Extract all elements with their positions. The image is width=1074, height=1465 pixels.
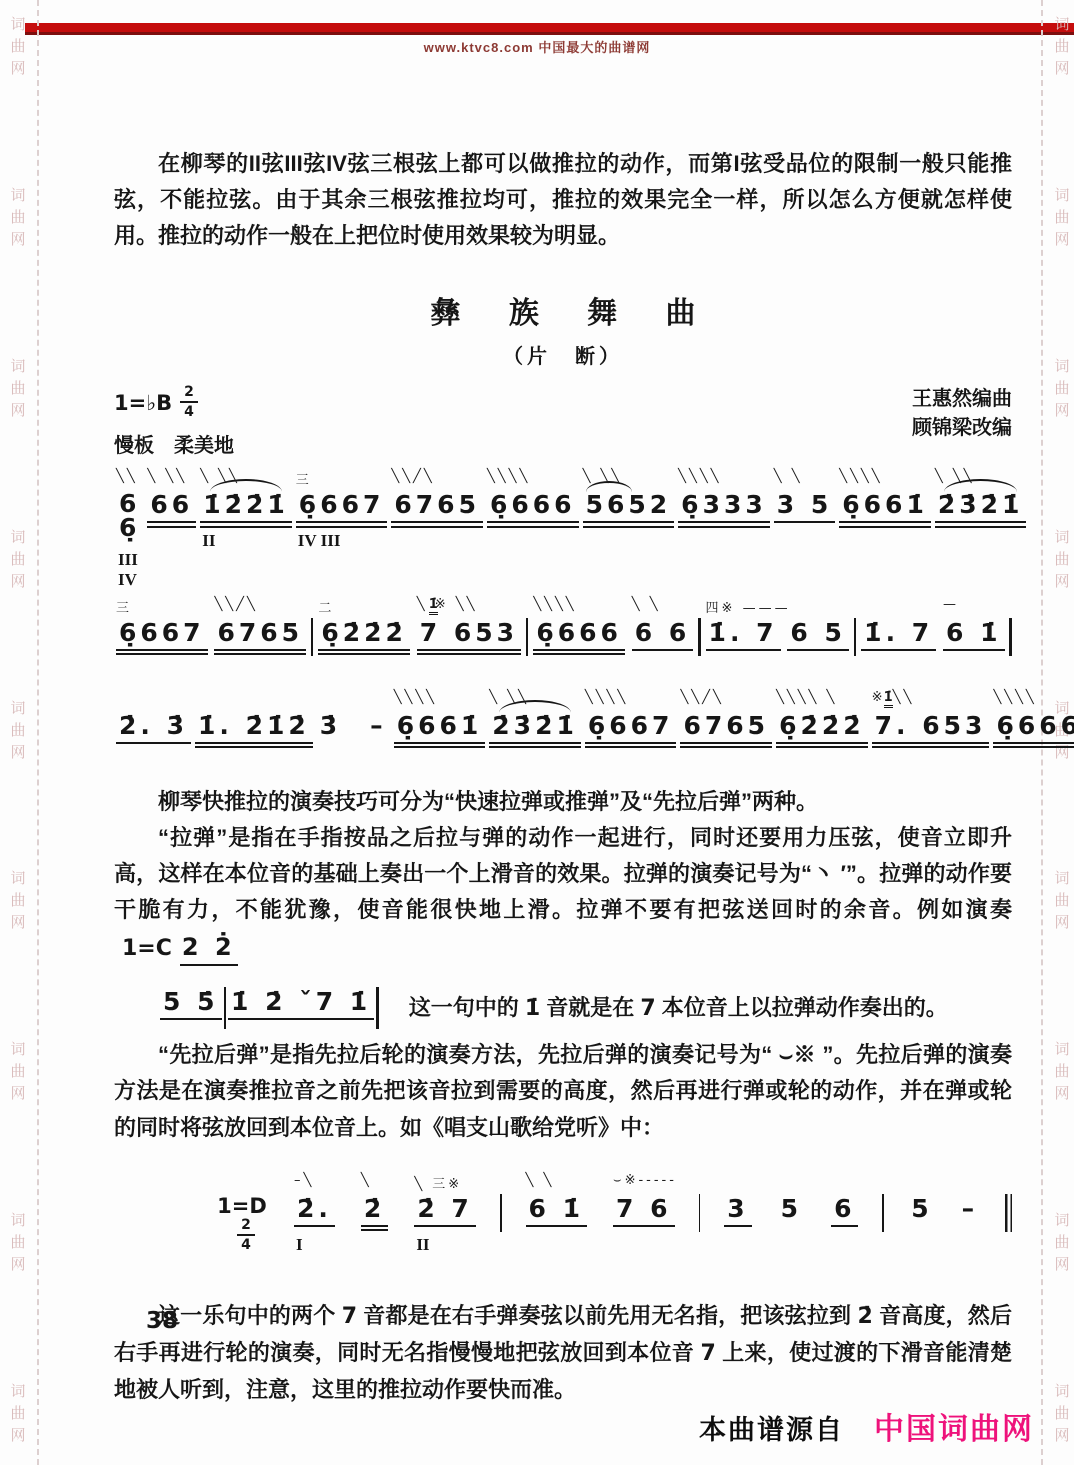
page-number: 38	[146, 1308, 178, 1334]
tremolo-marks: ╲ ╲╲	[200, 469, 240, 484]
time-top: 2	[237, 1218, 255, 1236]
tremolo-marks: ╲ ╲╲	[489, 690, 529, 705]
key-text: 1=D	[217, 1194, 267, 1218]
note-group: 6	[829, 1170, 860, 1233]
key-and-tempo: 1=♭B24 慢板 柔美地	[114, 385, 234, 458]
page-content: 在柳琴的II弦III弦IV弦三根弦上都可以做推拉的动作，而第I弦受品位的限制一般…	[114, 146, 1012, 1408]
note-group: ╲╲╲╲6̣666	[485, 466, 581, 529]
note-group: 三6̣667IV III	[294, 466, 390, 529]
note-group: 四※ ———1̇. 7	[704, 594, 783, 657]
inline-note: 7	[342, 1304, 357, 1329]
inline-note: 7	[701, 1341, 716, 1366]
caption-text: 音就是在	[540, 995, 640, 1020]
note-group: 二6̣2̇2̇2̇	[316, 594, 412, 657]
pull-mark: ╲ 三※	[414, 1173, 462, 1192]
inline-note: 2̇	[857, 1304, 872, 1329]
time-top: 2	[180, 385, 198, 403]
ornament-marks: –╲	[294, 1173, 314, 1188]
tremolo-marks: ╲ ╲	[632, 597, 661, 612]
credits: 王惠然编曲 顾锦梁改编	[912, 385, 1012, 443]
barline	[526, 618, 529, 656]
ornament-marks: —	[943, 597, 959, 612]
string-label: IV III	[298, 531, 341, 551]
example-2: 1=D24 –╲2̇.I ╲2̇ ╲ 三※2̇ 7II ╲ ╲6 1̇ ⌣※--…	[214, 1170, 1012, 1258]
tremolo-marks: ╲╲╱╲	[214, 597, 257, 612]
watermark-text: 词曲网	[1054, 187, 1069, 253]
string-mark: 三	[296, 469, 312, 488]
pull-mark: 四※ ———	[706, 597, 791, 616]
watermark-text: 词曲网	[1054, 358, 1069, 424]
note-group: ╲╲╲╲6̣666	[991, 687, 1074, 750]
key-signature: 1=D24	[214, 1170, 270, 1258]
time-signature: 24	[180, 385, 198, 419]
footer-attribution: 本曲谱源自 中国词曲网	[699, 1404, 1034, 1448]
watermark-text: 词曲网	[10, 1041, 25, 1107]
site-header-text: www.ktvc8.com 中国最大的曲谱网	[0, 37, 1074, 56]
time-signature: 24	[237, 1218, 255, 1252]
paragraph-techniques: 柳琴快推拉的演奏技巧可分为“快速拉弹或推弹”及“先拉后弹”两种。	[114, 784, 1012, 820]
footer-source-site: 中国词曲网	[874, 1404, 1034, 1448]
note-group: ╲╲╱╲6765	[389, 466, 485, 529]
paragraph-xianla: “先拉后弹”是指先拉后轮的演奏方法，先拉后弹的演奏记号为“ ⌣※ ”。先拉后弹的…	[114, 1037, 1012, 1145]
tremolo-marks: ╲ ╲╲	[583, 469, 623, 484]
note-group: 6 5	[785, 594, 851, 657]
note-group: ╲ ╲╲5652	[581, 466, 677, 529]
note-group: ╲ ╲╲1̇2̇2̇1̇II	[198, 466, 294, 529]
watermark-text: 词曲网	[10, 187, 25, 253]
watermark-text: 词曲网	[1054, 870, 1069, 936]
example-1-caption: 这一句中的 1̇ 音就是在 7 本位音上以拉弹动作奏出的。	[409, 979, 948, 1022]
note-group: 5	[776, 1170, 807, 1231]
watermark-text: 词曲网	[10, 1383, 25, 1449]
chord-bottom: 6̣	[119, 516, 140, 540]
left-dashed-rule	[37, 0, 39, 1465]
string-mark: 三	[116, 597, 132, 616]
tremolo-marks: ╲╲	[116, 469, 138, 484]
tremolo-marks: ╲ ╲╲	[147, 469, 187, 484]
caption-note: 1̇	[525, 996, 540, 1021]
note-group: ╲ ╲3 5	[772, 466, 838, 529]
left-watermark-column: 词曲网 词曲网 词曲网 词曲网 词曲网 词曲网 词曲网 词曲网 词曲网	[2, 0, 32, 1465]
string-label: I	[296, 1235, 303, 1255]
note-group: ╲ ╲6 1̇	[524, 1170, 590, 1233]
note-group: 1̇. 7	[859, 594, 938, 657]
barline	[311, 618, 314, 656]
note-group: ╲ 三※2̇ 7II	[412, 1170, 478, 1233]
inline-note-group: 2 2̇	[180, 933, 238, 966]
arranger-2: 顾锦梁改编	[912, 414, 1012, 443]
tremolo-marks: ╲╲╲╲	[487, 469, 530, 484]
note-group: ╲ ╲6 6	[630, 594, 696, 657]
tremolo-marks: ╲╲╲╲ ╲	[776, 690, 837, 705]
pull-mark: ╲ ※ ╲╲	[417, 597, 478, 612]
watermark-text: 词曲网	[1054, 1212, 1069, 1278]
note-group: ╲╲╱╲6765	[212, 594, 308, 657]
example-1: 5 5̇ 1̇ 2̇ ˇ7 1̇ 这一句中的 1̇ 音就是在 7 本位音上以拉弹…	[158, 979, 1012, 1029]
grace-note: 1̇	[429, 598, 438, 615]
inline-key-signature: 1=C	[122, 936, 172, 961]
watermark-text: 词曲网	[1054, 1041, 1069, 1107]
key-text-wrap: 1=D24	[217, 1194, 267, 1248]
note-group: ╲╲╲╲6̣333	[676, 466, 772, 529]
scanned-sheet-page: www.ktvc8.com 中国最大的曲谱网 词曲网 词曲网 词曲网 词曲网 词…	[0, 0, 1074, 1465]
tremolo-marks: ╲╲╲╲	[993, 690, 1036, 705]
string-mark: 二	[318, 597, 334, 616]
pull-mark: ※ ╲╲	[872, 690, 915, 705]
note-group: —6 1̇	[941, 594, 1007, 657]
tremolo-marks: ╲╲╲╲	[678, 469, 721, 484]
barline	[854, 618, 857, 656]
time-bottom: 4	[237, 1236, 255, 1252]
string-label: II	[202, 531, 215, 551]
barline	[882, 1194, 884, 1232]
barline	[699, 1194, 701, 1232]
piece-subtitle: （片 断）	[114, 340, 1012, 369]
note-group: 2̇. 3̇	[114, 687, 193, 750]
tremolo-marks: ╲╲╱╲	[391, 469, 434, 484]
note-group: ╲ ╲╲2̇3̇2̇1̇	[487, 687, 583, 750]
watermark-text: 词曲网	[10, 529, 25, 595]
key-signature: 1=♭B24	[114, 385, 234, 419]
chord-notes: 66̣	[116, 492, 143, 542]
pull-mark: ⌣※-----	[613, 1173, 677, 1188]
watermark-text: 词曲网	[10, 1212, 25, 1278]
note-group: ╲╲╲╲6̣667	[583, 687, 679, 750]
note-group: 5 –	[906, 1170, 983, 1231]
note-group: ╲ ╲╲2̇3̇2̇1̇	[933, 466, 1029, 529]
footer-source-prefix: 本曲谱源自	[699, 1408, 844, 1447]
tremolo-marks: ╲╲╱╲	[680, 690, 723, 705]
key-text: 1=♭B	[114, 391, 172, 415]
grace-note: 1̇	[884, 691, 893, 708]
tremolo-marks: ╲╲╲╲	[839, 469, 882, 484]
ornament-marks: ╲	[361, 1173, 372, 1188]
watermark-text: 词曲网	[10, 16, 25, 82]
barline	[500, 1194, 502, 1232]
arranger-1: 王惠然编曲	[912, 385, 1012, 414]
tremolo-marks: ╲ ╲╲	[935, 469, 975, 484]
note-chord: ╲╲66̣III IV	[114, 466, 145, 548]
note-group: ╲ ╲╲66	[145, 466, 198, 529]
paragraph-closing: 这一乐句中的两个 7 音都是在右手弹奏弦以前先用无名指，把该弦拉到 2̇ 音高度…	[114, 1298, 1012, 1408]
tempo-marking: 慢板 柔美地	[114, 429, 234, 458]
paragraph-text: 音都是在右手弹奏弦以前先用无名指，把该弦拉到	[357, 1303, 857, 1328]
barline	[1009, 618, 1012, 656]
barline	[698, 618, 701, 656]
tremolo-marks: ╲╲╲╲	[394, 690, 437, 705]
note-group: ╲╲╱╲6765	[678, 687, 774, 750]
paragraph-text: “拉弹”是指在手指按品之后拉与弹的动作一起进行，同时还要用力压弦，使音立即升高，…	[114, 825, 1012, 922]
barline	[376, 987, 379, 1029]
time-bottom: 4	[180, 403, 198, 419]
score-line-2: 三6̣667 ╲╲╱╲6765 二6̣2̇2̇2̇ ╲ ※ ╲╲1̇7 653 …	[114, 594, 1012, 657]
note-group: ╲╲╲╲6̣661̇	[837, 466, 933, 529]
watermark-text: 词曲网	[10, 700, 25, 766]
top-red-bar	[25, 23, 1074, 35]
tremolo-marks: ╲╲╲╲	[533, 597, 576, 612]
watermark-text: 词曲网	[1054, 16, 1069, 82]
tremolo-marks: ╲╲╲╲	[585, 690, 628, 705]
note-group: ╲2̇	[359, 1170, 390, 1233]
note-group: ╲╲╲╲6̣661̇	[392, 687, 488, 750]
caption-text: 本位音上以拉弹动作奏出的。	[656, 995, 948, 1020]
paragraph-ladan: “拉弹”是指在手指按品之后拉与弹的动作一起进行，同时还要用力压弦，使音立即升高，…	[114, 820, 1012, 968]
note-group: ⌣※-----7 6	[611, 1170, 677, 1233]
score-line-1: ╲╲66̣III IV ╲ ╲╲66 ╲ ╲╲1̇2̇2̇1̇II 三6̣667…	[114, 466, 1012, 548]
string-label: II	[416, 1235, 429, 1255]
piece-title: 彝 族 舞 曲	[114, 288, 1012, 332]
note-group: ╲╲╲╲6̣666	[531, 594, 627, 657]
string-label: III IV	[118, 550, 138, 591]
note-group: ※ ╲╲1̇7. 653	[870, 687, 992, 750]
caption-note: 7	[640, 996, 655, 1021]
note-group: 1̇ 2̇ ˇ7 1̇	[226, 979, 376, 1026]
final-barline	[1005, 1194, 1012, 1232]
score-yizu-dance: ╲╲66̣III IV ╲ ╲╲66 ╲ ╲╲1̇2̇2̇1̇II 三6̣667…	[114, 466, 1012, 750]
intro-paragraph: 在柳琴的II弦III弦IV弦三根弦上都可以做推拉的动作，而第I弦受品位的限制一般…	[114, 146, 1012, 254]
tremolo-marks: ╲ ╲	[526, 1173, 555, 1188]
paragraph-text: 这一乐句中的两个	[158, 1303, 342, 1328]
score-line-3: 2̇. 3̇ 1̇. 2̇1̇2̇ 3̇ – ╲╲╲╲6̣661̇ ╲ ╲╲2̇…	[114, 687, 1012, 750]
note-group: 三6̣667	[114, 594, 210, 657]
tremolo-marks: ╲ ╲	[774, 469, 803, 484]
watermark-text: 词曲网	[1054, 529, 1069, 595]
note-group: 1̇. 2̇1̇2̇	[193, 687, 315, 750]
note-group: –╲2̇.I	[292, 1170, 337, 1233]
caption-text: 这一句中的	[409, 995, 525, 1020]
watermark-text: 词曲网	[10, 358, 25, 424]
note-group: ╲ ※ ╲╲1̇7 653	[415, 594, 523, 657]
note-group: 3̇ –	[315, 687, 392, 748]
score-meta: 1=♭B24 慢板 柔美地 王惠然编曲 顾锦梁改编	[114, 385, 1012, 458]
watermark-text: 词曲网	[1054, 1383, 1069, 1449]
note-group: 3	[722, 1170, 753, 1233]
note-group: ╲╲╲╲ ╲6̣2̇2̇2̇	[774, 687, 870, 750]
note-group: 5 5̇	[158, 979, 224, 1026]
watermark-text: 词曲网	[10, 870, 25, 936]
